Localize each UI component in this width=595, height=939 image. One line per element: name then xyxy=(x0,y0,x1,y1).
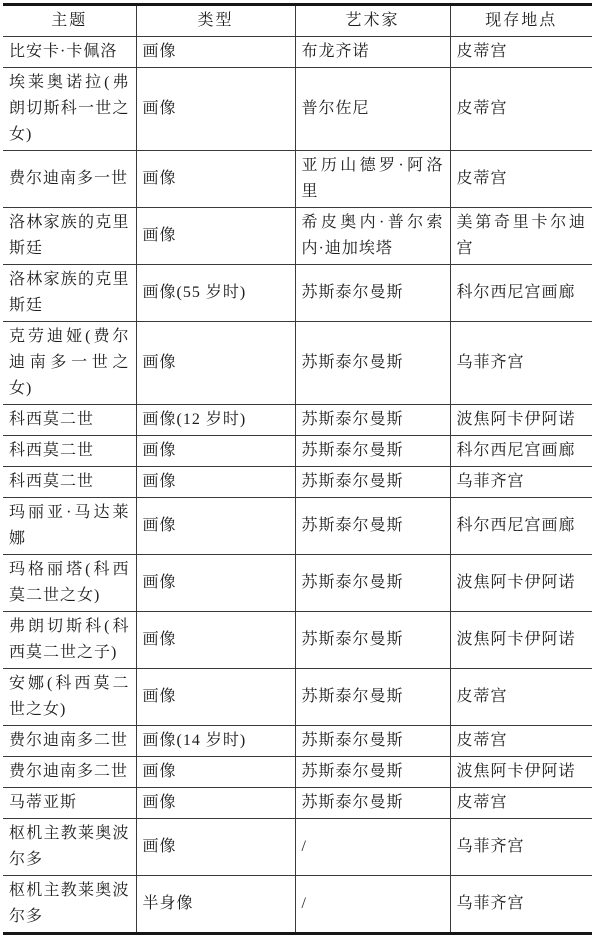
cell-type: 画像 xyxy=(136,467,295,498)
cell-artist: 普尔佐尼 xyxy=(295,68,450,151)
cell-artist: 苏斯泰尔曼斯 xyxy=(295,726,450,757)
table-row: 科西莫二世画像苏斯泰尔曼斯乌菲齐宫 xyxy=(3,467,592,498)
table-row: 克劳迪娅(费尔迪南多一世之女)画像苏斯泰尔曼斯乌菲齐宫 xyxy=(3,322,592,405)
cell-artist: 苏斯泰尔曼斯 xyxy=(295,757,450,788)
cell-type: 画像(55 岁时) xyxy=(136,265,295,322)
cell-location: 皮蒂宫 xyxy=(450,37,592,68)
header-type: 类型 xyxy=(136,5,295,37)
cell-artist: 苏斯泰尔曼斯 xyxy=(295,669,450,726)
table-row: 洛林家族的克里斯廷画像(55 岁时)苏斯泰尔曼斯科尔西尼宫画廊 xyxy=(3,265,592,322)
cell-location: 乌菲齐宫 xyxy=(450,322,592,405)
cell-artist: 苏斯泰尔曼斯 xyxy=(295,405,450,436)
cell-artist: 苏斯泰尔曼斯 xyxy=(295,612,450,669)
cell-location: 波焦阿卡伊阿诺 xyxy=(450,555,592,612)
cell-artist: / xyxy=(295,819,450,876)
header-artist: 艺术家 xyxy=(295,5,450,37)
cell-type: 画像 xyxy=(136,669,295,726)
table-body: 比安卡·卡佩洛画像布龙齐诺皮蒂宫埃莱奥诺拉(弗朗切斯科一世之女)画像普尔佐尼皮蒂… xyxy=(3,37,592,934)
scanned-table-page: 主题 类型 艺术家 现存地点 比安卡·卡佩洛画像布龙齐诺皮蒂宫埃莱奥诺拉(弗朗切… xyxy=(0,0,595,935)
cell-subject: 洛林家族的克里斯廷 xyxy=(3,208,136,265)
table-row: 马蒂亚斯画像苏斯泰尔曼斯皮蒂宫 xyxy=(3,788,592,819)
cell-artist: 布龙齐诺 xyxy=(295,37,450,68)
table-row: 玛丽亚·马达莱娜画像苏斯泰尔曼斯科尔西尼宫画廊 xyxy=(3,498,592,555)
table-row: 费尔迪南多二世画像(14 岁时)苏斯泰尔曼斯皮蒂宫 xyxy=(3,726,592,757)
table-row: 枢机主教莱奥波尔多半身像/乌菲齐宫 xyxy=(3,876,592,934)
cell-subject: 弗朗切斯科(科西莫二世之子) xyxy=(3,612,136,669)
cell-subject: 克劳迪娅(费尔迪南多一世之女) xyxy=(3,322,136,405)
table-row: 弗朗切斯科(科西莫二世之子)画像苏斯泰尔曼斯波焦阿卡伊阿诺 xyxy=(3,612,592,669)
table-row: 科西莫二世画像苏斯泰尔曼斯科尔西尼宫画廊 xyxy=(3,436,592,467)
cell-location: 波焦阿卡伊阿诺 xyxy=(450,405,592,436)
cell-artist: 苏斯泰尔曼斯 xyxy=(295,498,450,555)
table-row: 洛林家族的克里斯廷画像希皮奥内·普尔索内·迪加埃塔美第奇里卡尔迪宫 xyxy=(3,208,592,265)
cell-subject: 马蒂亚斯 xyxy=(3,788,136,819)
cell-type: 画像(14 岁时) xyxy=(136,726,295,757)
cell-subject: 安娜(科西莫二世之女) xyxy=(3,669,136,726)
cell-type: 画像 xyxy=(136,819,295,876)
cell-location: 皮蒂宫 xyxy=(450,68,592,151)
cell-type: 画像 xyxy=(136,788,295,819)
cell-type: 画像 xyxy=(136,68,295,151)
cell-location: 皮蒂宫 xyxy=(450,726,592,757)
cell-artist: 希皮奥内·普尔索内·迪加埃塔 xyxy=(295,208,450,265)
table-row: 安娜(科西莫二世之女)画像苏斯泰尔曼斯皮蒂宫 xyxy=(3,669,592,726)
cell-subject: 费尔迪南多二世 xyxy=(3,726,136,757)
cell-subject: 比安卡·卡佩洛 xyxy=(3,37,136,68)
cell-subject: 埃莱奥诺拉(弗朗切斯科一世之女) xyxy=(3,68,136,151)
table-row: 枢机主教莱奥波尔多画像/乌菲齐宫 xyxy=(3,819,592,876)
cell-artist: 苏斯泰尔曼斯 xyxy=(295,555,450,612)
cell-location: 科尔西尼宫画廊 xyxy=(450,498,592,555)
cell-location: 科尔西尼宫画廊 xyxy=(450,265,592,322)
cell-artist: 亚历山德罗·阿洛里 xyxy=(295,151,450,208)
cell-type: 画像 xyxy=(136,757,295,788)
cell-location: 皮蒂宫 xyxy=(450,151,592,208)
cell-type: 画像 xyxy=(136,612,295,669)
table-row: 玛格丽塔(科西莫二世之女)画像苏斯泰尔曼斯波焦阿卡伊阿诺 xyxy=(3,555,592,612)
cell-artist: 苏斯泰尔曼斯 xyxy=(295,467,450,498)
table-row: 埃莱奥诺拉(弗朗切斯科一世之女)画像普尔佐尼皮蒂宫 xyxy=(3,68,592,151)
table-row: 科西莫二世画像(12 岁时)苏斯泰尔曼斯波焦阿卡伊阿诺 xyxy=(3,405,592,436)
cell-artist: 苏斯泰尔曼斯 xyxy=(295,788,450,819)
cell-artist: 苏斯泰尔曼斯 xyxy=(295,436,450,467)
cell-subject: 洛林家族的克里斯廷 xyxy=(3,265,136,322)
table-row: 比安卡·卡佩洛画像布龙齐诺皮蒂宫 xyxy=(3,37,592,68)
header-subject: 主题 xyxy=(3,5,136,37)
cell-subject: 枢机主教莱奥波尔多 xyxy=(3,819,136,876)
cell-subject: 费尔迪南多一世 xyxy=(3,151,136,208)
table-row: 费尔迪南多二世画像苏斯泰尔曼斯波焦阿卡伊阿诺 xyxy=(3,757,592,788)
cell-subject: 费尔迪南多二世 xyxy=(3,757,136,788)
cell-type: 画像(12 岁时) xyxy=(136,405,295,436)
cell-subject: 玛丽亚·马达莱娜 xyxy=(3,498,136,555)
cell-subject: 科西莫二世 xyxy=(3,467,136,498)
cell-type: 画像 xyxy=(136,37,295,68)
cell-type: 画像 xyxy=(136,498,295,555)
cell-location: 美第奇里卡尔迪宫 xyxy=(450,208,592,265)
portrait-table: 主题 类型 艺术家 现存地点 比安卡·卡佩洛画像布龙齐诺皮蒂宫埃莱奥诺拉(弗朗切… xyxy=(3,3,592,935)
cell-subject: 科西莫二世 xyxy=(3,405,136,436)
cell-artist: 苏斯泰尔曼斯 xyxy=(295,322,450,405)
cell-subject: 科西莫二世 xyxy=(3,436,136,467)
cell-type: 画像 xyxy=(136,555,295,612)
cell-type: 画像 xyxy=(136,208,295,265)
cell-location: 波焦阿卡伊阿诺 xyxy=(450,612,592,669)
cell-type: 画像 xyxy=(136,151,295,208)
table-row: 费尔迪南多一世画像亚历山德罗·阿洛里皮蒂宫 xyxy=(3,151,592,208)
cell-location: 科尔西尼宫画廊 xyxy=(450,436,592,467)
cell-location: 皮蒂宫 xyxy=(450,788,592,819)
cell-type: 半身像 xyxy=(136,876,295,934)
cell-artist: 苏斯泰尔曼斯 xyxy=(295,265,450,322)
header-location: 现存地点 xyxy=(450,5,592,37)
cell-location: 乌菲齐宫 xyxy=(450,819,592,876)
cell-subject: 枢机主教莱奥波尔多 xyxy=(3,876,136,934)
cell-artist: / xyxy=(295,876,450,934)
cell-type: 画像 xyxy=(136,436,295,467)
cell-location: 乌菲齐宫 xyxy=(450,467,592,498)
cell-subject: 玛格丽塔(科西莫二世之女) xyxy=(3,555,136,612)
cell-type: 画像 xyxy=(136,322,295,405)
cell-location: 波焦阿卡伊阿诺 xyxy=(450,757,592,788)
table-header-row: 主题 类型 艺术家 现存地点 xyxy=(3,5,592,37)
cell-location: 皮蒂宫 xyxy=(450,669,592,726)
cell-location: 乌菲齐宫 xyxy=(450,876,592,934)
